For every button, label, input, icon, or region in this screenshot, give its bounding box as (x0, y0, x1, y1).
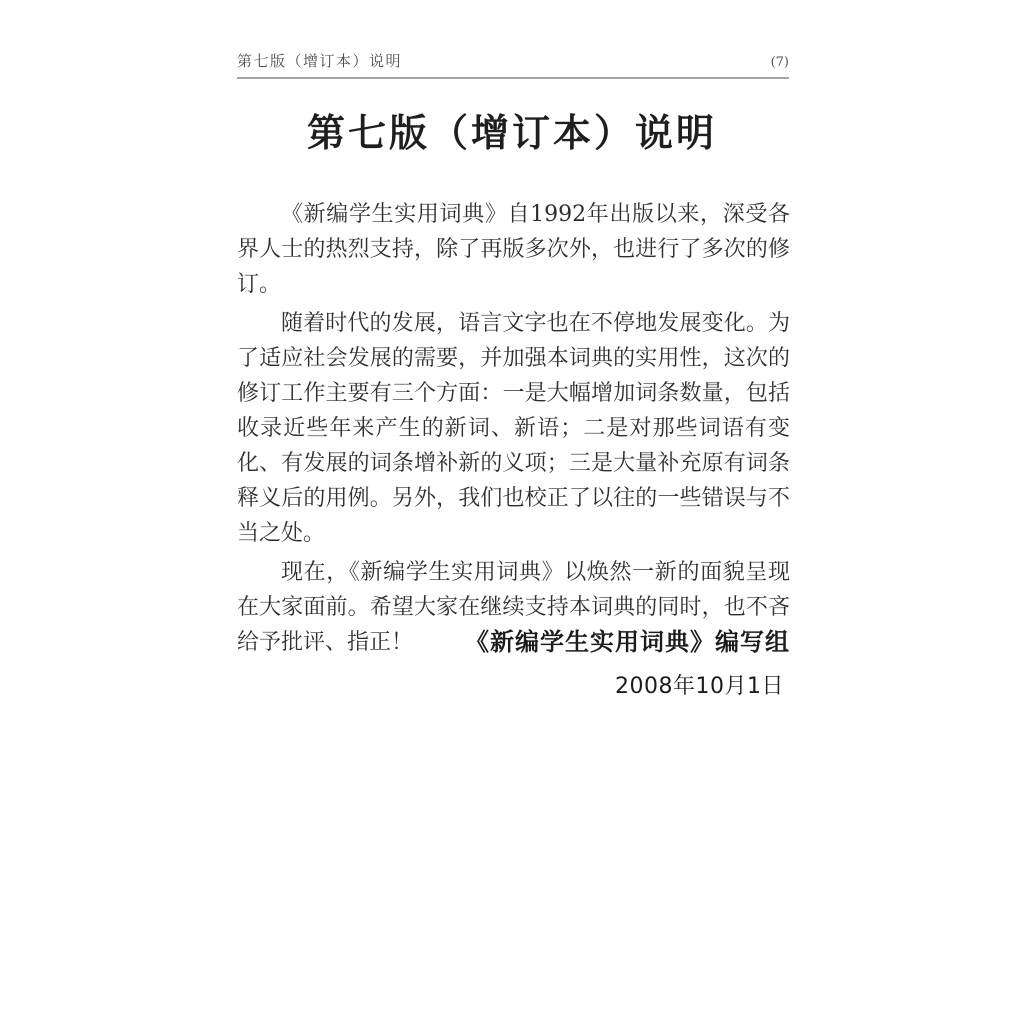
paragraph-2: 随着时代的发展，语言文字也在不停地发展变化。为了适应社会发展的需要，并加强本词典… (237, 306, 790, 551)
signature-block: 《新编学生实用词典》编写组 2008年10月1日 (465, 622, 790, 700)
signature-line: 《新编学生实用词典》编写组 (465, 622, 790, 657)
running-header: 第七版（增订本）说明 (7) (237, 50, 789, 71)
date-line: 2008年10月1日 (465, 669, 790, 700)
running-title: 第七版（增订本）说明 (237, 50, 402, 71)
body-text: 《新编学生实用词典》自1992年出版以来，深受各界人士的热烈支持，除了再版多次外… (237, 197, 790, 664)
page-title: 第七版（增订本）说明 (0, 102, 1024, 157)
book-page: 第七版（增订本）说明 (7) 第七版（增订本）说明 《新编学生实用词典》自199… (0, 0, 1024, 1024)
page-number: (7) (771, 55, 789, 70)
paragraph-1: 《新编学生实用词典》自1992年出版以来，深受各界人士的热烈支持，除了再版多次外… (237, 197, 790, 302)
header-rule (237, 77, 789, 79)
